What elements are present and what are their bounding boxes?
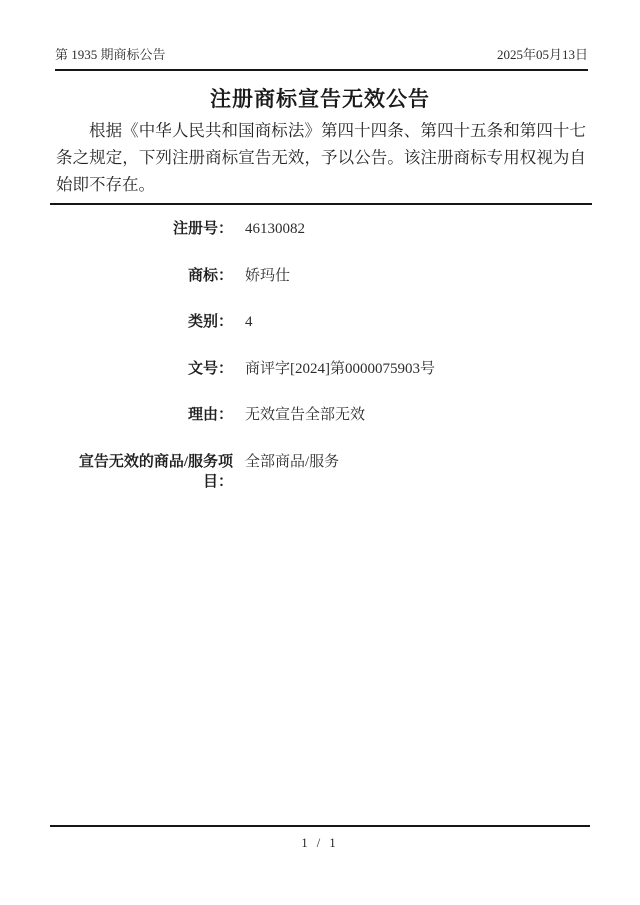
field-row: 注册号： 46130082 bbox=[55, 219, 588, 266]
field-value: 无效宣告全部无效 bbox=[245, 405, 588, 425]
gazette-date-label: 2025年05月13日 bbox=[497, 44, 588, 63]
header-divider bbox=[55, 69, 588, 71]
announcement-intro-paragraph: 根据《中华人民共和国商标法》第四十四条、第四十五条和第四十七条之规定，下列注册商… bbox=[56, 117, 586, 198]
field-label: 文号： bbox=[55, 359, 233, 379]
field-value: 娇玛仕 bbox=[245, 266, 588, 286]
field-value: 商评字[2024]第0000075903号 bbox=[245, 359, 588, 379]
intro-divider bbox=[50, 203, 592, 205]
field-value: 46130082 bbox=[245, 219, 588, 239]
field-label: 类别： bbox=[55, 312, 233, 332]
field-row: 文号： 商评字[2024]第0000075903号 bbox=[55, 359, 588, 406]
field-label: 理由： bbox=[55, 405, 233, 425]
field-value: 4 bbox=[245, 312, 588, 332]
field-label: 注册号： bbox=[55, 219, 233, 239]
announcement-title: 注册商标宣告无效公告 bbox=[0, 83, 640, 113]
field-value: 全部商品/服务 bbox=[245, 452, 588, 472]
footer-divider bbox=[50, 825, 590, 827]
field-label: 宣告无效的商品/服务项目： bbox=[55, 452, 233, 492]
page-header: 第 1935 期商标公告 2025年05月13日 bbox=[55, 44, 588, 63]
field-row: 理由： 无效宣告全部无效 bbox=[55, 405, 588, 452]
field-row: 类别： 4 bbox=[55, 312, 588, 359]
trademark-field-list: 注册号： 46130082 商标： 娇玛仕 类别： 4 文号： 商评字[2024… bbox=[55, 219, 588, 498]
field-row: 商标： 娇玛仕 bbox=[55, 266, 588, 313]
gazette-issue-label: 第 1935 期商标公告 bbox=[55, 44, 166, 63]
gazette-document-page: 第 1935 期商标公告 2025年05月13日 注册商标宣告无效公告 根据《中… bbox=[0, 0, 640, 905]
field-label: 商标： bbox=[55, 266, 233, 286]
page-indicator: 1 / 1 bbox=[0, 836, 640, 851]
field-row: 宣告无效的商品/服务项目： 全部商品/服务 bbox=[55, 452, 588, 499]
